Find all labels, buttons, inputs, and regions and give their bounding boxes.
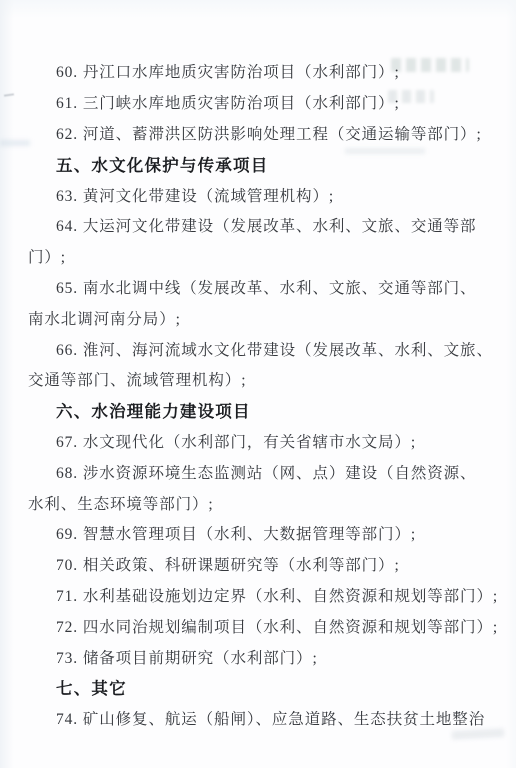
section-heading: 六、水治理能力建设项目 xyxy=(28,395,506,426)
scan-smudge xyxy=(0,140,30,146)
document-line: 68. 涉水资源环境生态监测站（网、点）建设（自然资源、 xyxy=(28,456,506,487)
document-line: 74. 矿山修复、航运（船闸）、应急道路、生态扶贫土地整治 xyxy=(28,703,506,734)
document-line: 门）; xyxy=(28,241,506,272)
document-line: 72. 四水同治规划编制项目（水利、自然资源和规划等部门）; xyxy=(28,610,506,641)
document-line: 73. 储备项目前期研究（水利部门）; xyxy=(28,641,506,672)
document-line: 65. 南水北调中线（发展改革、水利、文旅、交通等部门、 xyxy=(28,272,506,303)
document-line: 61. 三门峡水库地质灾害防治项目（水利部门）; xyxy=(28,87,506,118)
document-line: 67. 水文现代化（水利部门，有关省辖市水文局）; xyxy=(28,426,506,457)
section-heading: 七、其它 xyxy=(28,672,506,703)
document-line: 60. 丹江口水库地质灾害防治项目（水利部门）; xyxy=(28,56,506,87)
document-line: 水利、生态环境等部门）; xyxy=(28,487,506,518)
document-line: 交通等部门、流域管理机构）; xyxy=(28,364,506,395)
document-body: 60. 丹江口水库地质灾害防治项目（水利部门）;61. 三门峡水库地质灾害防治项… xyxy=(28,56,506,734)
document-line: 66. 淮河、海河流域水文化带建设（发展改革、水利、文旅、 xyxy=(28,333,506,364)
document-line: 69. 智慧水管理项目（水利、大数据管理等部门）; xyxy=(28,518,506,549)
document-line: 62. 河道、蓄滞洪区防洪影响处理工程（交通运输等部门）; xyxy=(28,118,506,149)
document-line: 70. 相关政策、科研课题研究等（水利等部门）; xyxy=(28,549,506,580)
document-line: 64. 大运河文化带建设（发展改革、水利、文旅、交通等部 xyxy=(28,210,506,241)
scanned-document-page: 60. 丹江口水库地质灾害防治项目（水利部门）;61. 三门峡水库地质灾害防治项… xyxy=(0,0,516,768)
document-line: 63. 黄河文化带建设（流域管理机构）; xyxy=(28,179,506,210)
scan-smudge xyxy=(4,93,14,96)
document-line: 71. 水利基础设施划边定界（水利、自然资源和规划等部门）; xyxy=(28,580,506,611)
section-heading: 五、水文化保护与传承项目 xyxy=(28,148,506,179)
document-line: 南水北调河南分局）; xyxy=(28,302,506,333)
